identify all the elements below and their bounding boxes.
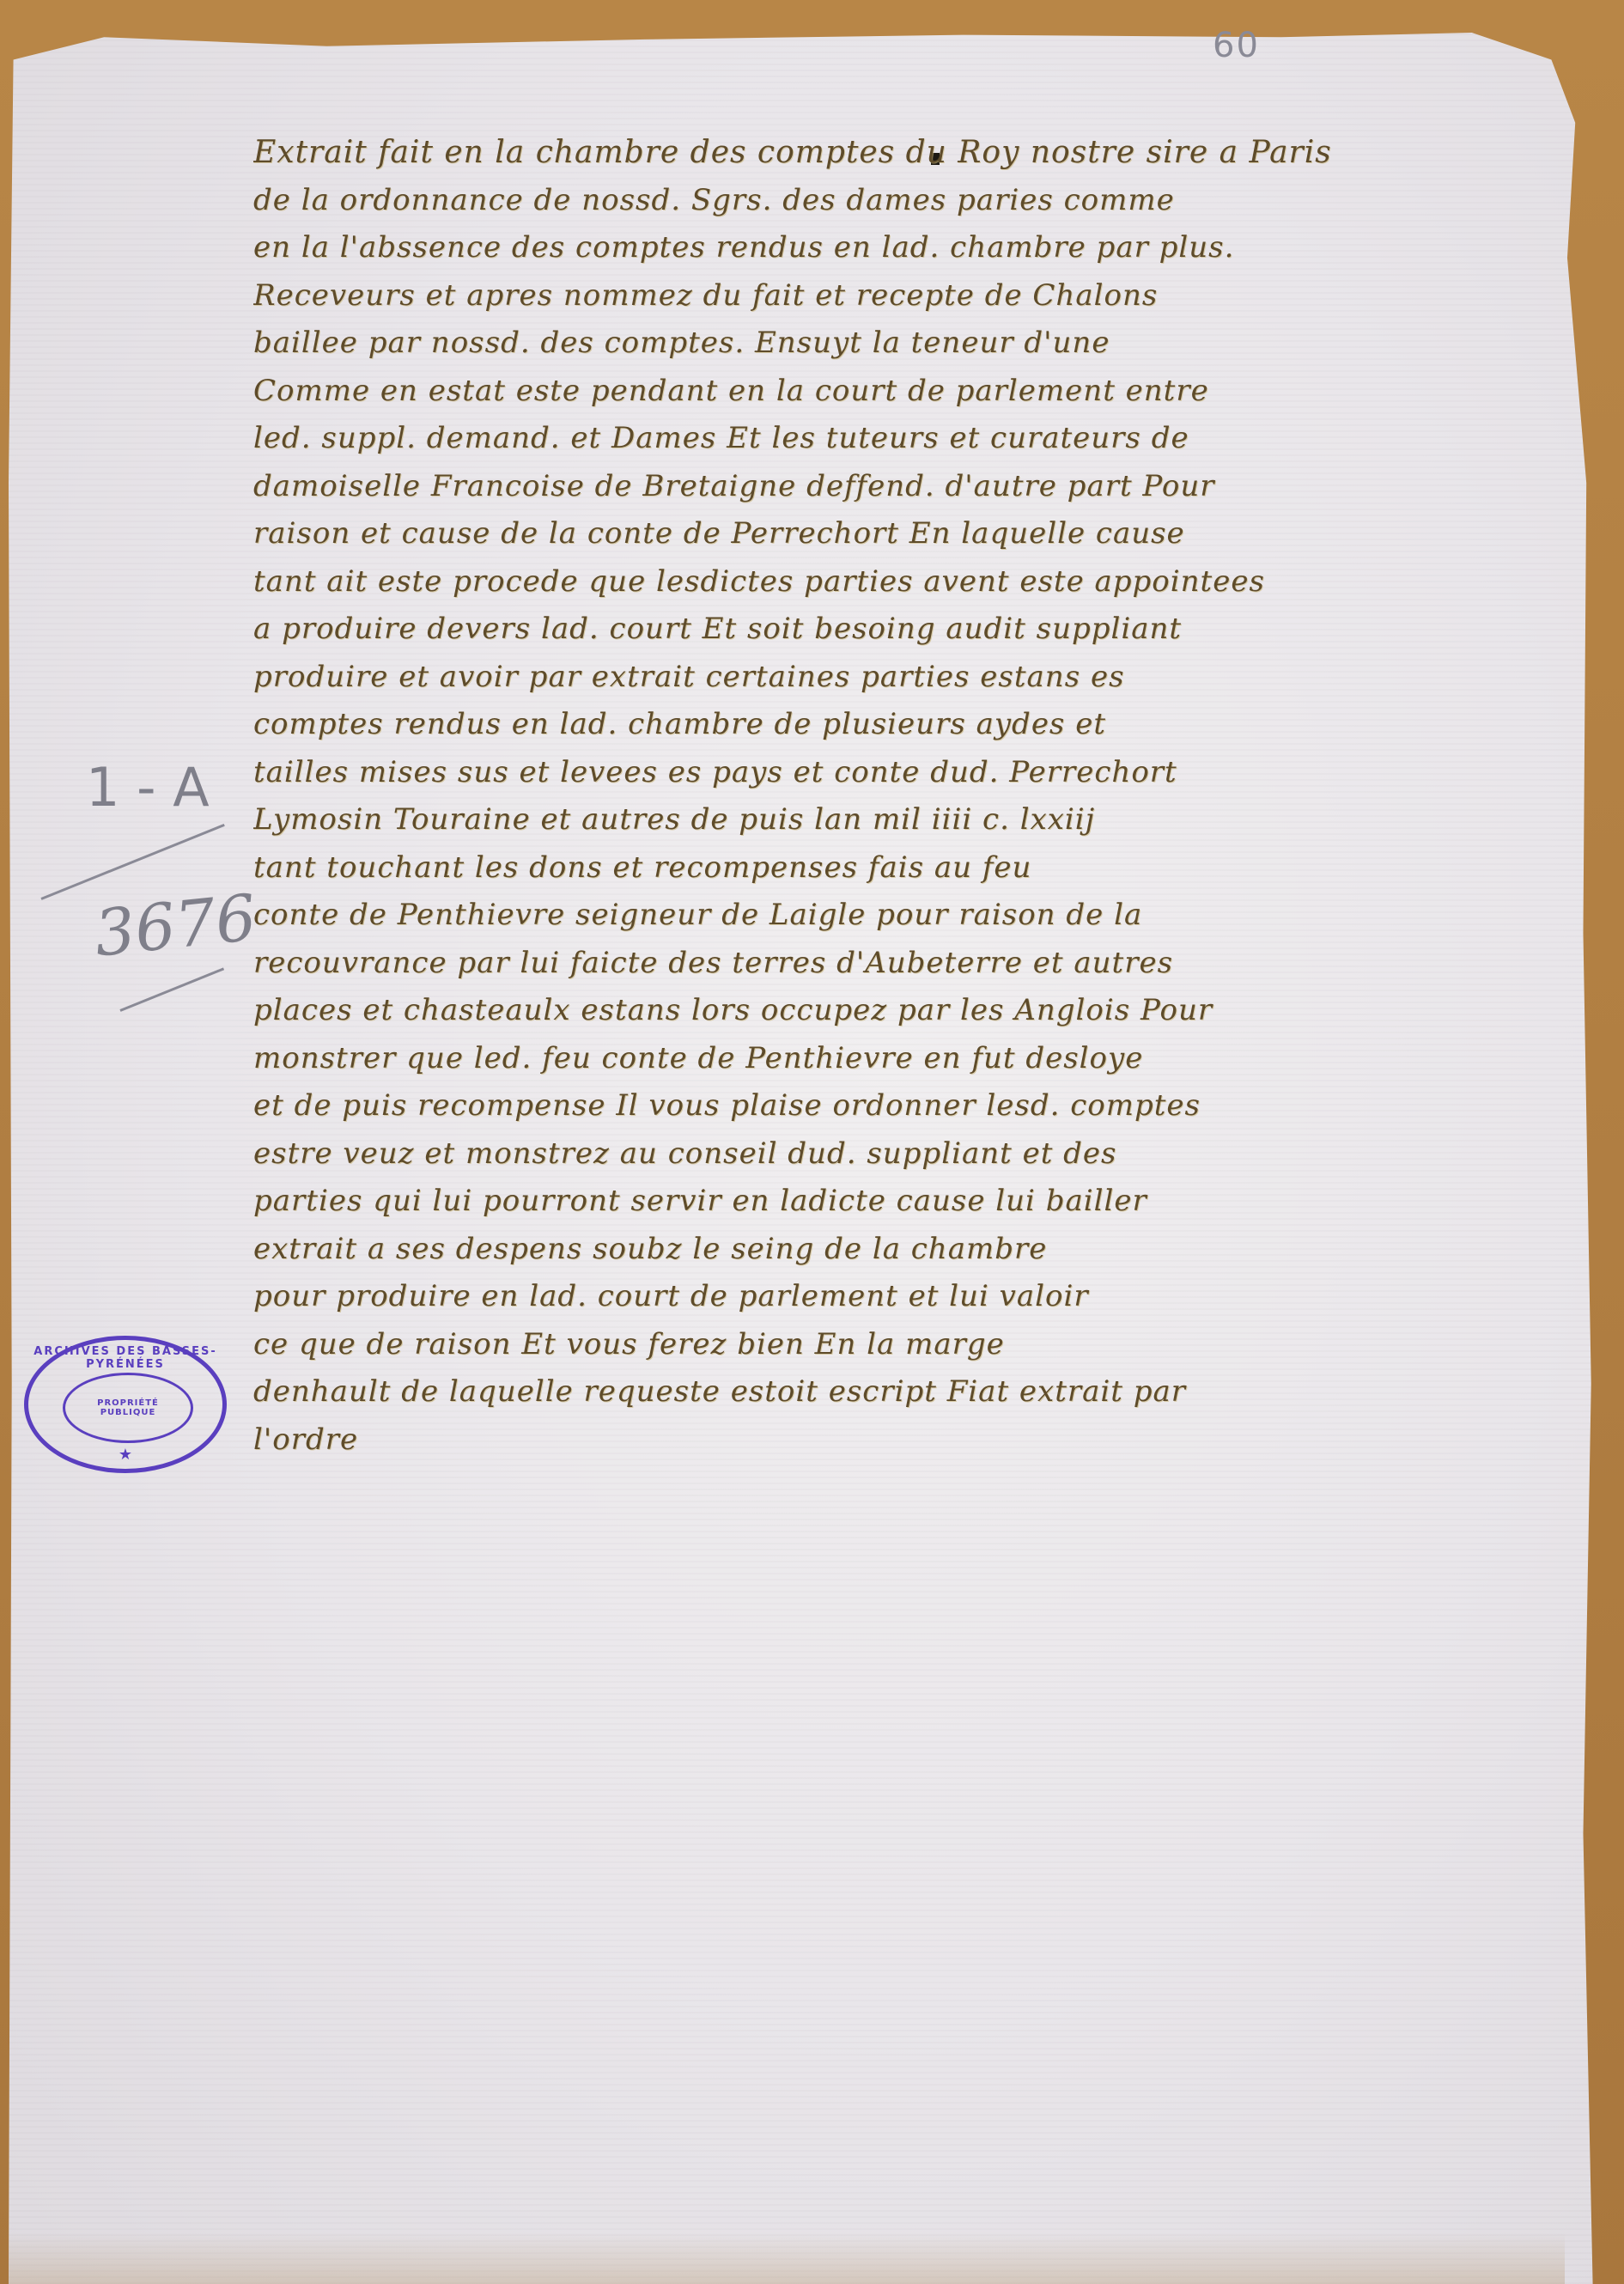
text-line: Comme en estat este pendant en la court … (253, 368, 1559, 416)
text-line: parties qui lui pourront servir en ladic… (253, 1178, 1559, 1226)
text-line: raison et cause de la conte de Perrechor… (253, 510, 1559, 558)
text-line: comptes rendus en lad. chambre de plusie… (253, 701, 1559, 749)
text-line: et de puis recompense Il vous plaise ord… (253, 1082, 1559, 1130)
text-line: l'ordre (253, 1416, 1559, 1465)
text-line: conte de Penthievre seigneur de Laigle p… (253, 892, 1559, 940)
star-icon: ★ (28, 1446, 222, 1464)
text-line: tailles mises sus et levees es pays et c… (253, 749, 1559, 797)
text-line: recouvrance par lui faicte des terres d'… (253, 940, 1559, 988)
text-line: de la ordonnance de nossd. Sgrs. des dam… (253, 177, 1559, 225)
text-line: pour produire en lad. court de parlement… (253, 1273, 1559, 1321)
text-line: produire et avoir par extrait certaines … (253, 654, 1559, 702)
shelfmark-top: 1 - A (86, 756, 210, 819)
paper-stain (9, 2232, 1565, 2284)
text-line: tant ait este procede que lesdictes part… (253, 558, 1559, 606)
text-line: led. suppl. demand. et Dames Et les tute… (253, 415, 1559, 463)
text-line: places et chasteaulx estans lors occupez… (253, 987, 1559, 1035)
text-line: damoiselle Francoise de Bretaigne deffen… (253, 463, 1559, 511)
stamp-inner-line-2: PUBLIQUE (100, 1408, 156, 1417)
text-line: tant touchant les dons et recompenses fa… (253, 844, 1559, 892)
manuscript-text: Extrait fait en la chambre des comptes d… (253, 129, 1559, 1464)
text-line: monstrer que led. feu conte de Penthievr… (253, 1035, 1559, 1083)
text-line: Receveurs et apres nommez du fait et rec… (253, 272, 1559, 320)
folio-number: 60 (1213, 26, 1260, 65)
text-line: ce que de raison Et vous ferez bien En l… (253, 1321, 1559, 1369)
text-line: en la l'abssence des comptes rendus en l… (253, 224, 1559, 272)
text-line: Lymosin Touraine et autres de puis lan m… (253, 796, 1559, 844)
archive-stamp: ARCHIVES DES BASSES-PYRÉNÉES PROPRIÉTÉ P… (24, 1336, 227, 1473)
text-line: estre veuz et monstrez au conseil dud. s… (253, 1130, 1559, 1179)
stamp-inner-line-1: PROPRIÉTÉ (97, 1398, 159, 1408)
stamp-inner-oval: PROPRIÉTÉ PUBLIQUE (63, 1373, 193, 1443)
stamp-outer-text: ARCHIVES DES BASSES-PYRÉNÉES (28, 1345, 222, 1371)
text-line: a produire devers lad. court Et soit bes… (253, 606, 1559, 654)
text-line: denhault de laquelle requeste estoit esc… (253, 1368, 1559, 1416)
text-line: extrait a ses despens soubz le seing de … (253, 1226, 1559, 1274)
text-line: baillee par nossd. des comptes. Ensuyt l… (253, 320, 1559, 368)
text-line: Extrait fait en la chambre des comptes d… (253, 129, 1559, 177)
